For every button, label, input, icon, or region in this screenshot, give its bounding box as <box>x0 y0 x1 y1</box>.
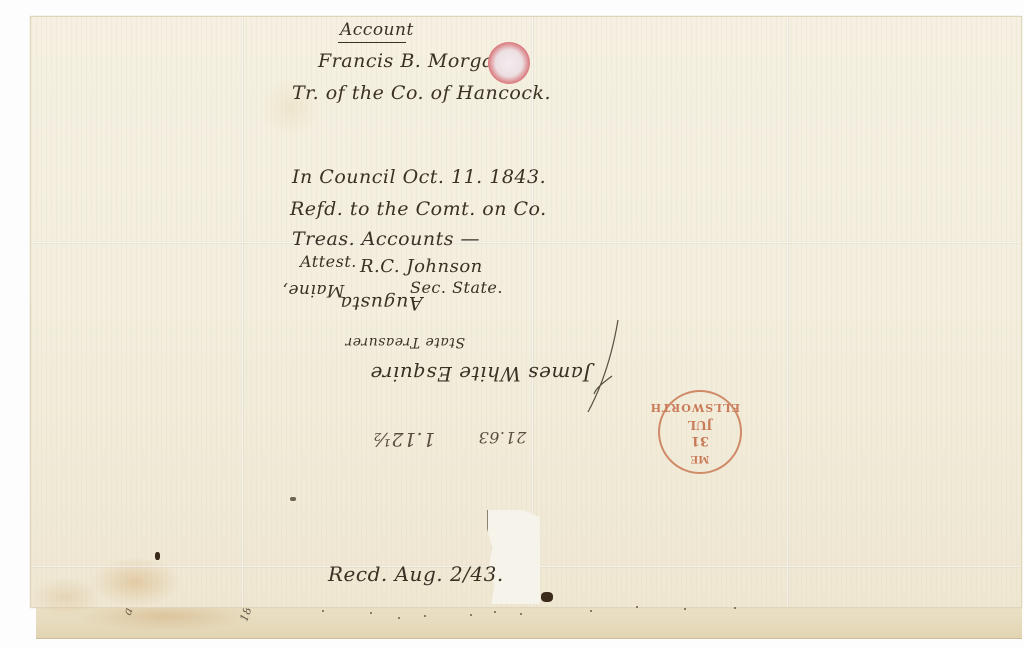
address-state: Maine, <box>282 280 344 300</box>
recipient-name: James White Esquire <box>370 362 591 386</box>
signature-flourish <box>582 316 622 416</box>
received-note: Recd. Aug. 2/43. <box>328 562 504 586</box>
attest-label: Attest. <box>300 252 357 271</box>
stitch-hole <box>322 610 324 612</box>
docket-heading: Account <box>340 20 414 40</box>
fold-line <box>786 17 789 607</box>
attest-title: Sec. State. <box>410 278 503 297</box>
heading-underline <box>338 42 406 43</box>
stitch-hole <box>494 611 496 613</box>
postmark-day: 31 <box>660 433 740 448</box>
ink-blot <box>155 552 160 560</box>
attest-signature: R.C. Johnson <box>360 256 483 277</box>
stitch-hole <box>424 615 426 617</box>
docket-accounts: Treas. Accounts — <box>292 228 480 250</box>
amount-left: 1.12½ <box>372 428 435 450</box>
postmark-town: ELLSWORTH <box>660 401 740 414</box>
docket-name: Francis B. Morgan <box>318 50 507 72</box>
stitch-hole <box>636 606 638 608</box>
scanned-document: a 184 Account Francis B. Morgan Tr. of t… <box>0 0 1024 648</box>
address-city: Augusta <box>340 292 423 314</box>
amount-right: 21.63 <box>478 428 526 447</box>
stitch-hole <box>398 617 400 619</box>
postmark-month: JUL <box>660 418 740 432</box>
postmark-stamp: ME 31 JUL ELLSWORTH <box>658 390 742 474</box>
ink-blot <box>290 497 296 501</box>
fold-line <box>241 17 244 607</box>
stitch-hole <box>684 608 686 610</box>
docket-referral: Refd. to the Comt. on Co. <box>290 198 547 220</box>
torn-paper-area <box>487 510 540 604</box>
stitch-hole <box>590 610 592 612</box>
stitch-hole <box>470 614 472 616</box>
recipient-title: State Treasurer <box>345 334 465 350</box>
postmark-state: ME <box>660 453 740 464</box>
fold-line <box>31 241 1021 244</box>
stitch-hole <box>520 613 522 615</box>
ink-blot <box>541 592 553 602</box>
wax-seal <box>488 42 530 84</box>
stitch-hole <box>370 612 372 614</box>
docket-title: Tr. of the Co. of Hancock. <box>292 82 551 104</box>
stitch-hole <box>734 607 736 609</box>
docket-council-date: In Council Oct. 11. 1843. <box>292 166 546 188</box>
